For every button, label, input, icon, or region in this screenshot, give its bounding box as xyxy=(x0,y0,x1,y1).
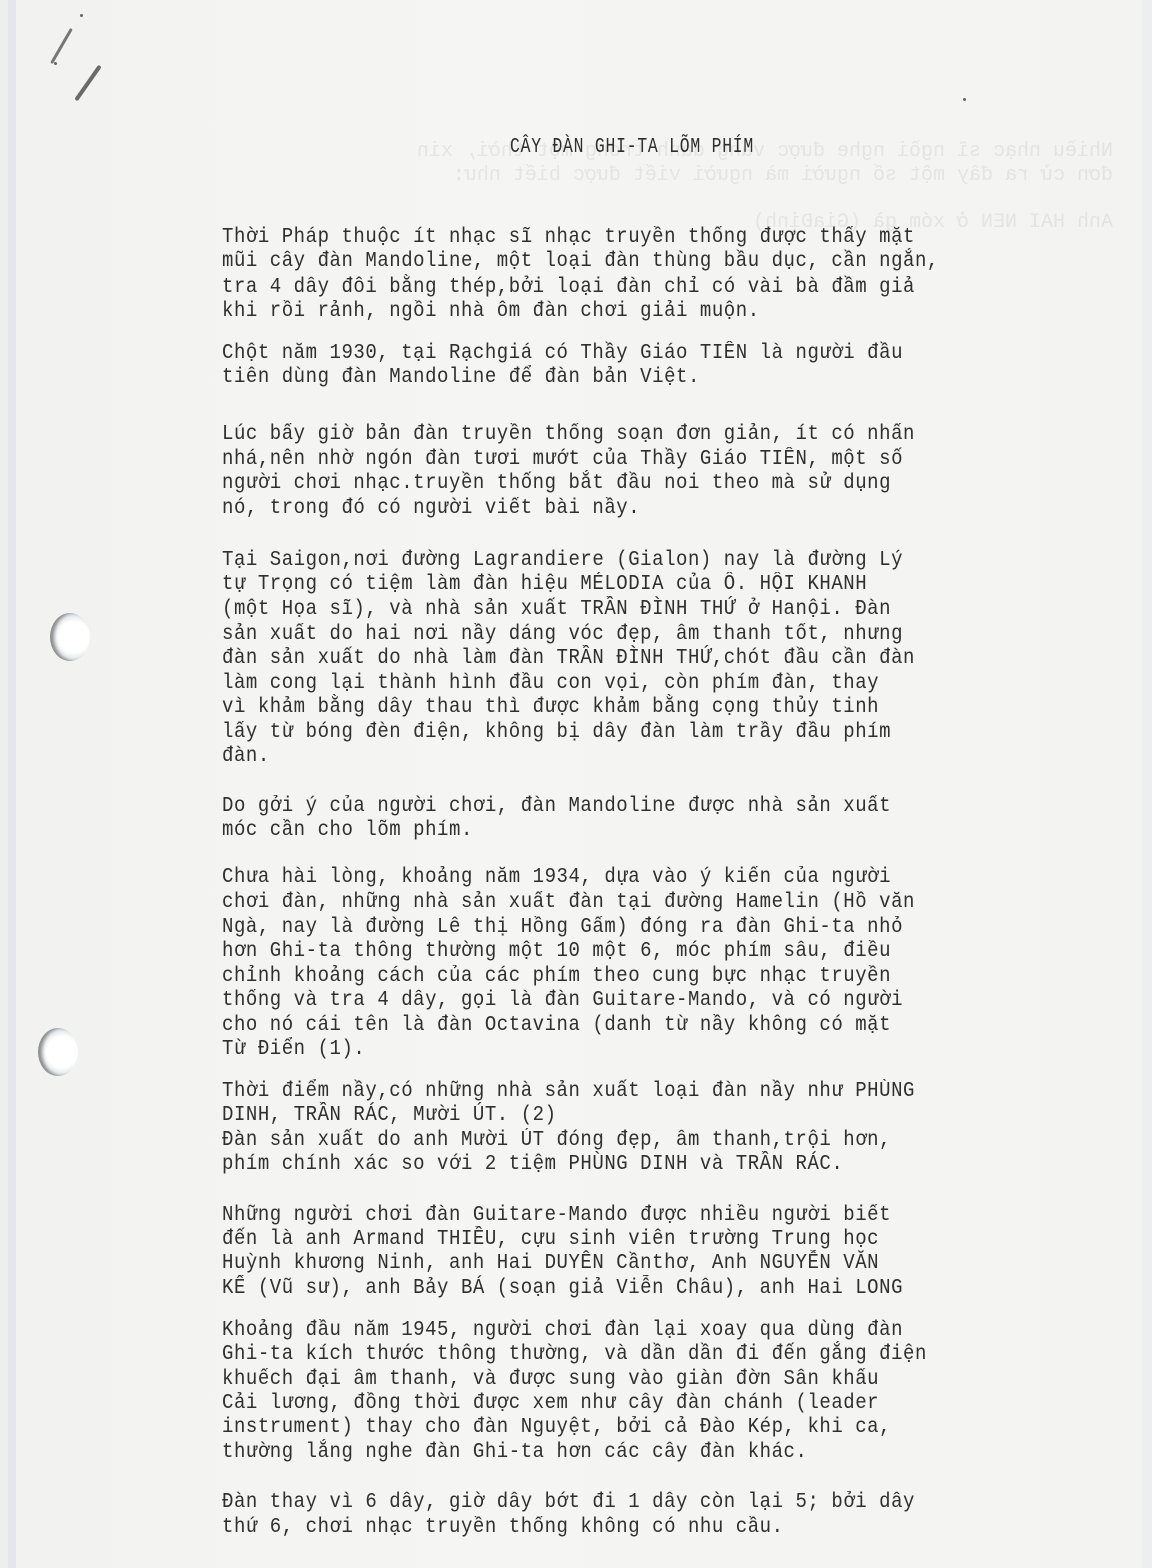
text-line: đàn. xyxy=(222,745,270,768)
text-line: Đàn sản xuất do anh Mười ÚT đóng đẹp, âm… xyxy=(222,1129,891,1152)
text-line: khuếch đại âm thanh, và được sung vào gi… xyxy=(222,1368,879,1391)
text-line: sản xuất do hai nơi nầy dáng vóc đẹp, âm… xyxy=(222,623,903,646)
text-line: Huỳnh khương Ninh, anh Hai DUYÊN Cầnthơ,… xyxy=(222,1252,879,1275)
text-line: chơi đàn, những nhà sản xuất đàn tại đườ… xyxy=(222,891,915,914)
text-line: Ghi-ta kích thước thông thường, và dần d… xyxy=(222,1343,927,1366)
text-line: vì khảm bằng dây thau thì được khảm bằng… xyxy=(222,696,879,719)
text-line: phím chính xác so với 2 tiệm PHÙNG DINH … xyxy=(222,1153,843,1176)
text-line: thống và tra 4 dây, gọi là đàn Guitare-M… xyxy=(222,989,903,1012)
text-line: Chưa hài lòng, khoảng năm 1934, dựa vào … xyxy=(222,866,891,889)
text-line: Thời Pháp thuộc ít nhạc sĩ nhạc truyền t… xyxy=(222,226,915,249)
text-line: thứ 6, chơi nhạc truyền thống không có n… xyxy=(222,1516,784,1539)
text-line: instrument) thay cho đàn Nguyệt, bởi cả … xyxy=(222,1416,891,1439)
pen-mark xyxy=(74,65,101,102)
text-line: Đàn thay vì 6 dây, giờ dây bớt đi 1 dây … xyxy=(222,1491,915,1514)
text-line: thường lắng nghe đàn Ghi-ta hơn các cây … xyxy=(222,1441,807,1464)
ink-smudge xyxy=(50,28,73,64)
text-line: Chột năm 1930, tại Rạchgiá có Thầy Giáo … xyxy=(222,342,903,365)
text-line: Khoảng đầu năm 1945, người chơi đàn lại … xyxy=(222,1319,903,1342)
document-title: CÂY ĐÀN GHI-TA LÕM PHÍM xyxy=(510,136,754,159)
speck xyxy=(54,62,57,65)
punch-hole-top xyxy=(50,613,90,661)
page-right-edge xyxy=(1142,0,1152,1568)
text-line: đàn sản xuất do nhà làm đàn TRẦN ĐÌNH TH… xyxy=(222,647,915,670)
text-line: nó, trong đó có người viết bài nầy. xyxy=(222,497,640,520)
text-line: tiên dùng đàn Mandoline để đàn bản Việt. xyxy=(222,366,700,389)
text-line: khi rồi rảnh, ngồi nhà ôm đàn chơi giải … xyxy=(222,300,760,323)
text-line: Do gởi ý của người chơi, đàn Mandoline đ… xyxy=(222,795,891,818)
text-line: Những người chơi đàn Guitare-Mando được … xyxy=(222,1204,891,1227)
text-line: móc cần cho lõm phím. xyxy=(222,819,473,842)
text-line: chỉnh khoảng cách của các phím theo cung… xyxy=(222,965,891,988)
text-line: đến là anh Armand THIỀU, cựu sinh viên t… xyxy=(222,1228,879,1251)
text-line: tự Trọng có tiệm làm đàn hiệu MÉLODIA củ… xyxy=(222,573,867,596)
text-line: cho nó cái tên là đàn Octavina (danh từ … xyxy=(222,1014,891,1037)
text-line: KẾ (Vũ sư), anh Bảy BÁ (soạn giả Viễn Ch… xyxy=(222,1277,903,1300)
text-line: Từ Điển (1). xyxy=(222,1038,365,1061)
text-line: tra 4 dây đôi bằng thép,bởi loại đàn chỉ… xyxy=(222,276,915,299)
speck xyxy=(80,14,83,17)
text-line: hơn Ghi-ta thông thường một 10 một 6, mó… xyxy=(222,940,891,963)
text-line: Lúc bấy giờ bản đàn truyền thống soạn đơ… xyxy=(222,423,915,446)
text-line: lấy từ bóng đèn điện, không bị dây đàn l… xyxy=(222,721,891,744)
text-line: (một Họa sĩ), và nhà sản xuất TRẦN ĐÌNH … xyxy=(222,598,891,621)
text-line: DINH, TRẦN RÁC, Mười ÚT. (2) xyxy=(222,1104,557,1127)
text-line: Tại Saigon,nơi đường Lagrandiere (Gialon… xyxy=(222,549,903,572)
text-line: Cải lương, đồng thời được xem như cây đà… xyxy=(222,1392,879,1415)
speck xyxy=(963,98,966,101)
text-line: nhá,nên nhờ ngón đàn tươi mướt của Thầy … xyxy=(222,448,903,471)
text-line: Ngà, nay là đường Lê thị Hồng Gấm) đóng … xyxy=(222,916,903,939)
text-line: người chơi nhạc.truyền thống bắt đầu noi… xyxy=(222,472,891,495)
text-line: làm cong lại thành hình đầu con vọi, còn… xyxy=(222,672,879,695)
text-line: mũi cây đàn Mandoline, một loại đàn thùn… xyxy=(222,250,939,273)
punch-hole-bottom xyxy=(38,1028,78,1076)
scanned-page: Nhiều nhạc sĩ ngồi nghe được vang danh t… xyxy=(8,0,1152,1568)
page-left-edge xyxy=(8,0,16,1568)
text-line: Thời điểm nầy,có những nhà sản xuất loại… xyxy=(222,1080,915,1103)
